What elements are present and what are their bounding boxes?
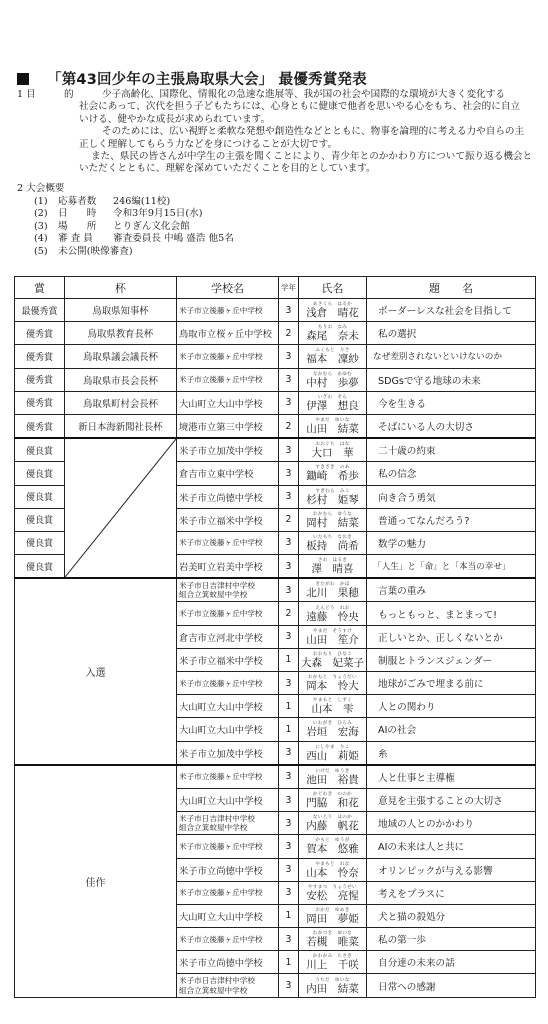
award-cell: 最優秀賞 — [15, 299, 65, 322]
grade-cell: 3 — [279, 485, 299, 508]
table-row: 優秀賞 鳥取県町村会長杯 大山町立大山中学校3 いざわ そら 伊澤 想良今を生き… — [15, 391, 536, 414]
school-cell: 倉吉市立東中学校 — [177, 462, 279, 485]
essay-title-cell: 意見を主張することの大切さ — [367, 788, 536, 811]
school-cell: 米子市立加茂中学校 — [177, 438, 279, 462]
school-cell: 米子市立後藤ヶ丘中学校 — [177, 928, 279, 951]
purpose-label: 的 — [64, 89, 74, 101]
overview-item: (3)場 所とりぎん文化会館 — [17, 221, 65, 234]
grade-cell: 3 — [279, 368, 299, 391]
student-name: 大森 妃菜子 — [299, 657, 366, 669]
student-name-cell: ふくもと りさ 福本 凜紗 — [299, 345, 367, 368]
essay-title-cell: 地球がごみで埋まる前に — [367, 672, 536, 695]
grade-cell: 2 — [279, 602, 299, 625]
grade-cell: 1 — [279, 718, 299, 741]
student-name: 森尾 奈未 — [299, 330, 366, 342]
school-cell: 米子市立尚徳中学校 — [177, 858, 279, 881]
page-title: 「第43回少年の主張鳥取県大会」 最優秀賞発表 — [17, 68, 367, 89]
student-name-cell: おかむら ゆうな 岡村 結菜 — [299, 508, 367, 531]
award-cell: 優良賞 — [15, 508, 65, 531]
cup-cell: 新日本海新聞社長杯 — [65, 414, 177, 438]
essay-title-cell: 私の選択 — [367, 322, 536, 345]
school-cell: 大山町立大山中学校 — [177, 718, 279, 741]
student-name: 杉村 姫琴 — [299, 494, 366, 506]
student-name-cell: うちだ ゆいな 内田 結菜 — [299, 974, 367, 997]
essay-title-cell: 日常への感謝 — [367, 974, 536, 997]
award-cell: 優秀賞 — [15, 368, 65, 391]
award-cell: 優秀賞 — [15, 322, 65, 345]
student-name: 遠藤 怜央 — [299, 611, 366, 623]
school-cell: 米子市立後藤ヶ丘中学校 — [177, 531, 279, 554]
header-title: 題 名 — [367, 277, 536, 299]
essay-title-cell: 犬と猫の殺処分 — [367, 904, 536, 927]
student-name: 山本 雫 — [299, 703, 366, 715]
essay-title-cell: 「人生」と「命」と「本当の幸せ」 — [367, 555, 536, 579]
grade-cell: 3 — [279, 881, 299, 904]
student-name: 門脇 和花 — [299, 797, 366, 809]
student-name-cell: にしやま りこ 西山 莉姫 — [299, 741, 367, 765]
student-name: 大口 華 — [299, 447, 366, 459]
grade-cell: 1 — [279, 951, 299, 974]
student-name-cell: もりお なみ 森尾 奈未 — [299, 322, 367, 345]
table-row: 佳作米子市立後藤ヶ丘中学校3 いけだ ゆうき 池田 裕貴人と仕事と主導権 — [15, 765, 536, 789]
essay-title-cell: 地域の人とのかかわり — [367, 812, 536, 835]
essay-title-cell: 考えをプラスに — [367, 881, 536, 904]
student-name-cell: いけだ ゆうき 池田 裕貴 — [299, 765, 367, 789]
essay-title-cell: ボーダーレスな社会を目指して — [367, 299, 536, 322]
grade-cell: 3 — [279, 788, 299, 811]
student-name: 川上 千咲 — [299, 959, 366, 971]
section-label-kasaku: 佳作 — [15, 765, 177, 997]
student-name-cell: えんどう れお 遠藤 怜央 — [299, 602, 367, 625]
school-cell: 米子市立加茂中学校 — [177, 741, 279, 765]
student-name: 内藤 帆花 — [299, 820, 366, 832]
award-cell: 優秀賞 — [15, 391, 65, 414]
grade-cell: 3 — [279, 741, 299, 765]
essay-title-cell: 私の第一歩 — [367, 928, 536, 951]
cup-cell: 鳥取県知事杯 — [65, 299, 177, 322]
essay-title-cell: 人と仕事と主導権 — [367, 765, 536, 789]
essay-title-cell: 正しいとか、正しくないとか — [367, 625, 536, 648]
student-name-cell: やすまつ りょうせい 安松 亮惺 — [299, 881, 367, 904]
header-school: 学校名 — [177, 277, 279, 299]
school-cell: 大山町立大山中学校 — [177, 695, 279, 718]
purpose-line: 正しく理解してもらう力などを身につけることが大切です。 — [79, 139, 337, 151]
school-cell: 大山町立大山中学校 — [177, 904, 279, 927]
overview-heading: 2 大会概要 — [17, 183, 65, 196]
table-row: 優秀賞 新日本海新聞社長杯 境港市立第三中学校2 やまだ ゆいな 山田 結菜そば… — [15, 414, 536, 438]
school-cell: 大山町立大山中学校 — [177, 391, 279, 414]
student-name: 池田 裕貴 — [299, 774, 366, 786]
cup-cell: 鳥取県町村会長杯 — [65, 391, 177, 414]
student-name: 伊澤 想良 — [299, 400, 366, 412]
student-name: 西山 莉姫 — [299, 750, 366, 762]
student-name-cell: なかむら あゆむ 中村 歩夢 — [299, 368, 367, 391]
award-cell: 優秀賞 — [15, 345, 65, 368]
grade-cell: 3 — [279, 391, 299, 414]
student-name-cell: きたがわ かほ 北川 果穂 — [299, 578, 367, 602]
award-cell: 優良賞 — [15, 485, 65, 508]
grade-cell: 3 — [279, 578, 299, 602]
essay-title-cell: 数学の魅力 — [367, 531, 536, 554]
student-name: 福本 凜紗 — [299, 353, 366, 365]
grade-cell: 3 — [279, 974, 299, 997]
student-name-cell: かもと ゆうが 賀本 悠雅 — [299, 835, 367, 858]
grade-cell: 3 — [279, 928, 299, 951]
student-name-cell: おかだ ゆめき 岡田 夢姫 — [299, 904, 367, 927]
student-name-cell: かわかみ ちさき 川上 千咲 — [299, 951, 367, 974]
student-name: 浅倉 晴花 — [299, 307, 366, 319]
cup-cell: 鳥取県教育長杯 — [65, 322, 177, 345]
grade-cell: 3 — [279, 812, 299, 835]
essay-title-cell: そばにいる人の大切さ — [367, 414, 536, 438]
school-cell: 米子市立後藤ヶ丘中学校 — [177, 345, 279, 368]
student-name-cell: ないとう ほのか 内藤 帆花 — [299, 812, 367, 835]
student-name-cell: わかつき ゆいな 若槻 唯菜 — [299, 928, 367, 951]
essay-title-cell: AIの未来は人と共に — [367, 835, 536, 858]
header-cup: 杯 — [65, 277, 177, 299]
student-name-cell: すきざき のあ 鋤崎 希歩 — [299, 462, 367, 485]
student-name: 若槻 唯菜 — [299, 936, 366, 948]
award-cell: 優良賞 — [15, 438, 65, 462]
student-name: 岡村 結菜 — [299, 517, 366, 529]
overview-item: (4)審 査 員審査委員長 中嶋 盛浩 他5名 — [17, 233, 65, 246]
cup-cell: 鳥取県市長会長杯 — [65, 368, 177, 391]
purpose-line: 社会にあって、次代を担う子どもたちには、心身ともに健康で他者を思いやる心をもち、… — [79, 101, 520, 113]
section-label-nyusen: 入選 — [15, 578, 177, 765]
table-row: 最優秀賞 鳥取県知事杯 米子市立後藤ヶ丘中学校3 あさくら はるか 浅倉 晴花ボ… — [15, 299, 536, 322]
square-bullet-icon — [17, 73, 29, 85]
essay-title-cell: AIの社会 — [367, 718, 536, 741]
school-cell: 米子市立福米中学校 — [177, 508, 279, 531]
essay-title-cell: 二十歳の約束 — [367, 438, 536, 462]
essay-title-cell: 自分達の未来の話 — [367, 951, 536, 974]
student-name: 内田 結菜 — [299, 983, 366, 995]
grade-cell: 3 — [279, 438, 299, 462]
school-cell: 米子市日吉津村中学校組合立箕蚊屋中学校 — [177, 578, 279, 602]
student-name: 岡本 怜大 — [299, 680, 366, 692]
purpose-line: そのためには、広い視野と柔軟な発想や創造性などとともに、物事を論理的に考える力や… — [102, 126, 524, 138]
student-name: 澤 晴喜 — [299, 563, 366, 575]
student-name: 山田 結菜 — [299, 423, 366, 435]
school-cell: 鳥取市立桜ヶ丘中学校 — [177, 322, 279, 345]
student-name: 鋤崎 希歩 — [299, 470, 366, 482]
table-row: 優秀賞 鳥取県教育長杯 鳥取市立桜ヶ丘中学校2 もりお なみ 森尾 奈未私の選択 — [15, 322, 536, 345]
purpose-line: 少子高齢化、国際化、情報化の急速な進展等、我が国の社会や国際的な環境が大きく変化… — [102, 89, 505, 101]
essay-title-cell: 普通ってなんだろう? — [367, 508, 536, 531]
table-header-row: 賞 杯 学校名 学年 氏名 題 名 — [15, 277, 536, 299]
school-cell: 米子市立後藤ヶ丘中学校 — [177, 835, 279, 858]
school-cell: 米子市立後藤ヶ丘中学校 — [177, 368, 279, 391]
grade-cell: 1 — [279, 904, 299, 927]
grade-cell: 2 — [279, 414, 299, 438]
overview-item: (5)未公開(映像審査) — [17, 246, 65, 259]
header-name: 氏名 — [299, 277, 367, 299]
header-award: 賞 — [15, 277, 65, 299]
school-cell: 米子市立後藤ヶ丘中学校 — [177, 602, 279, 625]
student-name: 中村 歩夢 — [299, 377, 366, 389]
overview-item: (1)応募者数246編(11校) — [17, 196, 65, 209]
award-cell: 優良賞 — [15, 462, 65, 485]
school-cell: 米子市立尚徳中学校 — [177, 485, 279, 508]
essay-title-cell: 向き合う勇気 — [367, 485, 536, 508]
table-row: 優秀賞 鳥取県市長会長杯 米子市立後藤ヶ丘中学校3 なかむら あゆむ 中村 歩夢… — [15, 368, 536, 391]
grade-cell: 3 — [279, 625, 299, 648]
grade-cell: 1 — [279, 648, 299, 671]
student-name: 山田 笙介 — [299, 634, 366, 646]
essay-title-cell: 言葉の重み — [367, 578, 536, 602]
grade-cell: 3 — [279, 531, 299, 554]
school-cell: 米子市立後藤ヶ丘中学校 — [177, 765, 279, 789]
grade-cell: 3 — [279, 462, 299, 485]
table-row: 優良賞 米子市立加茂中学校3 おおぐち はな 大口 華二十歳の約束 — [15, 438, 536, 462]
school-cell: 米子市日吉津村中学校組合立箕蚊屋中学校 — [177, 974, 279, 997]
awards-table: 賞 杯 学校名 学年 氏名 題 名 最優秀賞 鳥取県知事杯 米子市立後藤ヶ丘中学… — [14, 276, 536, 998]
essay-title-cell: 糸 — [367, 741, 536, 765]
grade-cell: 3 — [279, 345, 299, 368]
grade-cell: 2 — [279, 322, 299, 345]
student-name: 岡田 夢姫 — [299, 913, 366, 925]
student-name: 北川 果穂 — [299, 587, 366, 599]
school-cell: 境港市立第三中学校 — [177, 414, 279, 438]
award-cell: 優良賞 — [15, 555, 65, 579]
essay-title-cell: もっともっと、まとまって! — [367, 602, 536, 625]
grade-cell: 3 — [279, 299, 299, 322]
school-cell: 大山町立大山中学校 — [177, 788, 279, 811]
student-name-cell: おかもと りょうだい 岡本 怜大 — [299, 672, 367, 695]
purpose-line: また、県民の皆さんが中学生の主張を聞くことにより、青少年とのかかわり方について振… — [91, 151, 532, 163]
diagonal-slash-icon — [65, 439, 176, 577]
grade-cell: 1 — [279, 695, 299, 718]
student-name: 山本 怜奈 — [299, 867, 366, 879]
overview-section: 2 大会概要 (1)応募者数246編(11校) (2)日 時令和3年9月15日(… — [17, 183, 65, 259]
student-name: 岩垣 宏海 — [299, 726, 366, 738]
student-name: 板持 尚希 — [299, 540, 366, 552]
student-name-cell: かどわき ののか 門脇 和花 — [299, 788, 367, 811]
overview-item: (2)日 時令和3年9月15日(水) — [17, 208, 65, 221]
grade-cell: 3 — [279, 555, 299, 579]
student-name: 賀本 悠雅 — [299, 843, 366, 855]
award-cell: 優秀賞 — [15, 414, 65, 438]
grade-cell: 3 — [279, 835, 299, 858]
header-grade: 学年 — [279, 277, 299, 299]
purpose-line: いける、健やかな成長が求められています。 — [79, 114, 270, 126]
essay-title-cell: 制服とトランスジェンダー — [367, 648, 536, 671]
essay-title-cell: オリンピックが与える影響 — [367, 858, 536, 881]
school-cell: 岩美町立岩美中学校 — [177, 555, 279, 579]
purpose-number: 1 目 — [17, 89, 36, 101]
student-name: 安松 亮惺 — [299, 890, 366, 902]
school-cell: 米子市立後藤ヶ丘中学校 — [177, 672, 279, 695]
student-name-cell: やまもと しずく 山本 雫 — [299, 695, 367, 718]
cup-cell: 鳥取県議会議長杯 — [65, 345, 177, 368]
essay-title-cell: 私の信念 — [367, 462, 536, 485]
school-cell: 米子市日吉津村中学校組合立箕蚊屋中学校 — [177, 812, 279, 835]
essay-title-cell: なぜ差別されないといけないのか — [367, 345, 536, 368]
student-name-cell: いざわ そら 伊澤 想良 — [299, 391, 367, 414]
student-name-cell: さわ はるき 澤 晴喜 — [299, 555, 367, 579]
student-name-cell: いたもち なおき 板持 尚希 — [299, 531, 367, 554]
student-name-cell: おおぐち はな 大口 華 — [299, 438, 367, 462]
student-name-cell: いわがき ひろみ 岩垣 宏海 — [299, 718, 367, 741]
school-cell: 米子市立尚徳中学校 — [177, 951, 279, 974]
table-row: 入選米子市日吉津村中学校組合立箕蚊屋中学校3 きたがわ かほ 北川 果穂言葉の重… — [15, 578, 536, 602]
student-name-cell: おおもり ひなこ 大森 妃菜子 — [299, 648, 367, 671]
essay-title-cell: SDGsで守る地球の未来 — [367, 368, 536, 391]
grade-cell: 3 — [279, 765, 299, 789]
school-cell: 米子市立後藤ヶ丘中学校 — [177, 299, 279, 322]
grade-cell: 2 — [279, 508, 299, 531]
essay-title-cell: 人との関わり — [367, 695, 536, 718]
purpose-line: いただくとともに、理解を深めていただくことを目的としています。 — [79, 163, 376, 175]
grade-cell: 3 — [279, 672, 299, 695]
student-name-cell: やまだ ゆいな 山田 結菜 — [299, 414, 367, 438]
student-name-cell: すぎむら みこ 杉村 姫琴 — [299, 485, 367, 508]
student-name-cell: やまだ そうすけ 山田 笙介 — [299, 625, 367, 648]
student-name-cell: あさくら はるか 浅倉 晴花 — [299, 299, 367, 322]
award-cell: 優良賞 — [15, 531, 65, 554]
school-cell: 倉吉市立河北中学校 — [177, 625, 279, 648]
essay-title-cell: 今を生きる — [367, 391, 536, 414]
school-cell: 米子市立後藤ヶ丘中学校 — [177, 881, 279, 904]
empty-cup-cell — [65, 438, 177, 578]
student-name-cell: やまもと れな 山本 怜奈 — [299, 858, 367, 881]
grade-cell: 3 — [279, 858, 299, 881]
school-cell: 米子市立福米中学校 — [177, 648, 279, 671]
table-row: 優秀賞 鳥取県議会議長杯 米子市立後藤ヶ丘中学校3 ふくもと りさ 福本 凜紗な… — [15, 345, 536, 368]
